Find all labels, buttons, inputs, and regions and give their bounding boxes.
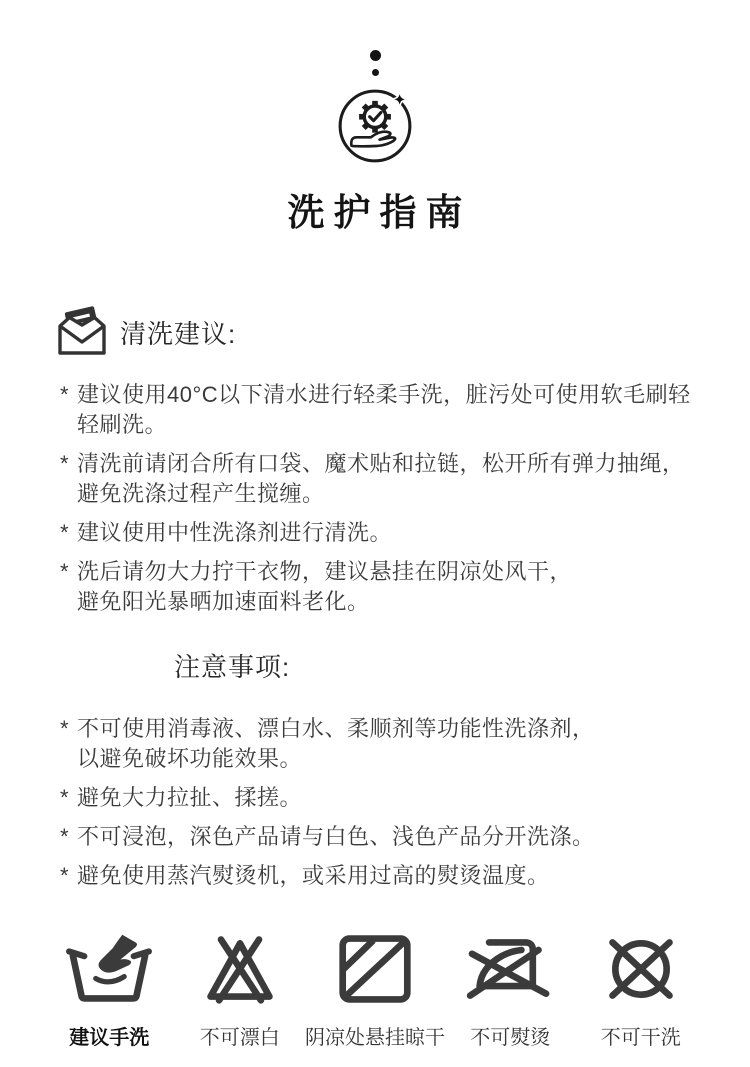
note-text: 不可浸泡，深色产品请与白色、浅色产品分开洗涤。: [77, 822, 595, 852]
bullet-marker: *: [60, 557, 77, 617]
care-note-item: * 避免大力拉扯、揉搓。: [60, 783, 712, 813]
no-iron-icon: [462, 931, 558, 1007]
bullet-marker: *: [60, 783, 77, 813]
bullet-list: * 不可使用消毒液、漂白水、柔顺剂等功能性洗涤剂， 以避免破坏功能效果。 * 避…: [0, 714, 750, 891]
note-text: 避免使用蒸汽熨烫机，或采用过高的熨烫温度。: [77, 861, 550, 891]
care-symbol-label: 不可干洗: [601, 1021, 681, 1050]
shade-hang-dry-icon: [327, 931, 423, 1007]
care-note-item: * 建议使用中性洗涤剂进行清洗。: [60, 518, 712, 548]
gear-hand-sparkle-icon: [335, 86, 415, 166]
envelope-letter-icon: [56, 306, 108, 358]
care-symbols-row: 建议手洗 不可漂白 阴凉处悬挂晾干 不可熨烫: [44, 931, 706, 1050]
care-service-icon: [0, 86, 750, 166]
note-text: 清洗前请闭合所有口袋、魔术贴和拉链，松开所有弹力抽绳， 避免洗涤过程产生搅缠。: [77, 449, 685, 509]
care-symbol-no-dry-clean: 不可干洗: [576, 931, 707, 1050]
note-text: 建议使用中性洗涤剂进行清洗。: [77, 518, 392, 548]
no-bleach-icon: [192, 931, 288, 1007]
bullet-list: * 建议使用40°C以下清水进行轻柔手洗，脏污处可使用软毛刷轻轻刷洗。 * 清洗…: [0, 380, 750, 617]
bullet-marker: *: [60, 822, 77, 852]
care-symbol-shade-dry: 阴凉处悬挂晾干: [305, 931, 445, 1050]
care-symbol-label: 不可漂白: [200, 1021, 280, 1050]
section-header: 清洗建议:: [56, 306, 750, 358]
bullet-marker: *: [60, 714, 77, 774]
bullet-marker: *: [60, 449, 77, 509]
care-note-item: * 不可浸泡，深色产品请与白色、浅色产品分开洗涤。: [60, 822, 712, 852]
note-text: 建议使用40°C以下清水进行轻柔手洗，脏污处可使用软毛刷轻轻刷洗。: [77, 380, 712, 440]
dot-large: [370, 50, 381, 61]
section-precautions: 注意事项: * 不可使用消毒液、漂白水、柔顺剂等功能性洗涤剂， 以避免破坏功能效…: [0, 647, 750, 891]
care-note-item: * 避免使用蒸汽熨烫机，或采用过高的熨烫温度。: [60, 861, 712, 891]
dot-small: [372, 69, 379, 76]
care-guide-page: 洗护指南 清洗建议: * 建议使用40°C以下清水进行轻柔手洗，脏污处可使: [0, 0, 750, 1067]
care-symbol-label: 不可熨烫: [470, 1021, 550, 1050]
header-dots: [0, 0, 750, 76]
care-symbol-no-iron: 不可熨烫: [445, 931, 576, 1050]
bullet-marker: *: [60, 518, 77, 548]
care-note-item: * 不可使用消毒液、漂白水、柔顺剂等功能性洗涤剂， 以避免破坏功能效果。: [60, 714, 712, 774]
bullet-marker: *: [60, 861, 77, 891]
care-note-item: * 建议使用40°C以下清水进行轻柔手洗，脏污处可使用软毛刷轻轻刷洗。: [60, 380, 712, 440]
no-dry-clean-icon: [593, 931, 689, 1007]
bullet-marker: *: [60, 380, 77, 440]
note-text: 不可使用消毒液、漂白水、柔顺剂等功能性洗涤剂， 以避免破坏功能效果。: [77, 714, 595, 774]
care-symbol-handwash: 建议手洗: [44, 931, 175, 1050]
care-symbol-label: 阴凉处悬挂晾干: [305, 1021, 445, 1050]
section-washing-suggestions: 清洗建议: * 建议使用40°C以下清水进行轻柔手洗，脏污处可使用软毛刷轻轻刷洗…: [0, 306, 750, 617]
section-label: 注意事项:: [174, 647, 290, 684]
care-note-item: * 清洗前请闭合所有口袋、魔术贴和拉链，松开所有弹力抽绳， 避免洗涤过程产生搅缠…: [60, 449, 712, 509]
section-label: 清洗建议:: [120, 314, 236, 351]
note-text: 避免大力拉扯、揉搓。: [77, 783, 302, 813]
page-title: 洗护指南: [0, 182, 750, 236]
note-text: 洗后请勿大力拧干衣物，建议悬挂在阴凉处风干， 避免阳光暴晒加速面料老化。: [77, 557, 572, 617]
care-symbol-label: 建议手洗: [69, 1021, 149, 1050]
section-header: 注意事项:: [56, 647, 750, 684]
hand-wash-icon: [61, 931, 157, 1007]
care-note-item: * 洗后请勿大力拧干衣物，建议悬挂在阴凉处风干， 避免阳光暴晒加速面料老化。: [60, 557, 712, 617]
care-symbol-no-bleach: 不可漂白: [175, 931, 306, 1050]
